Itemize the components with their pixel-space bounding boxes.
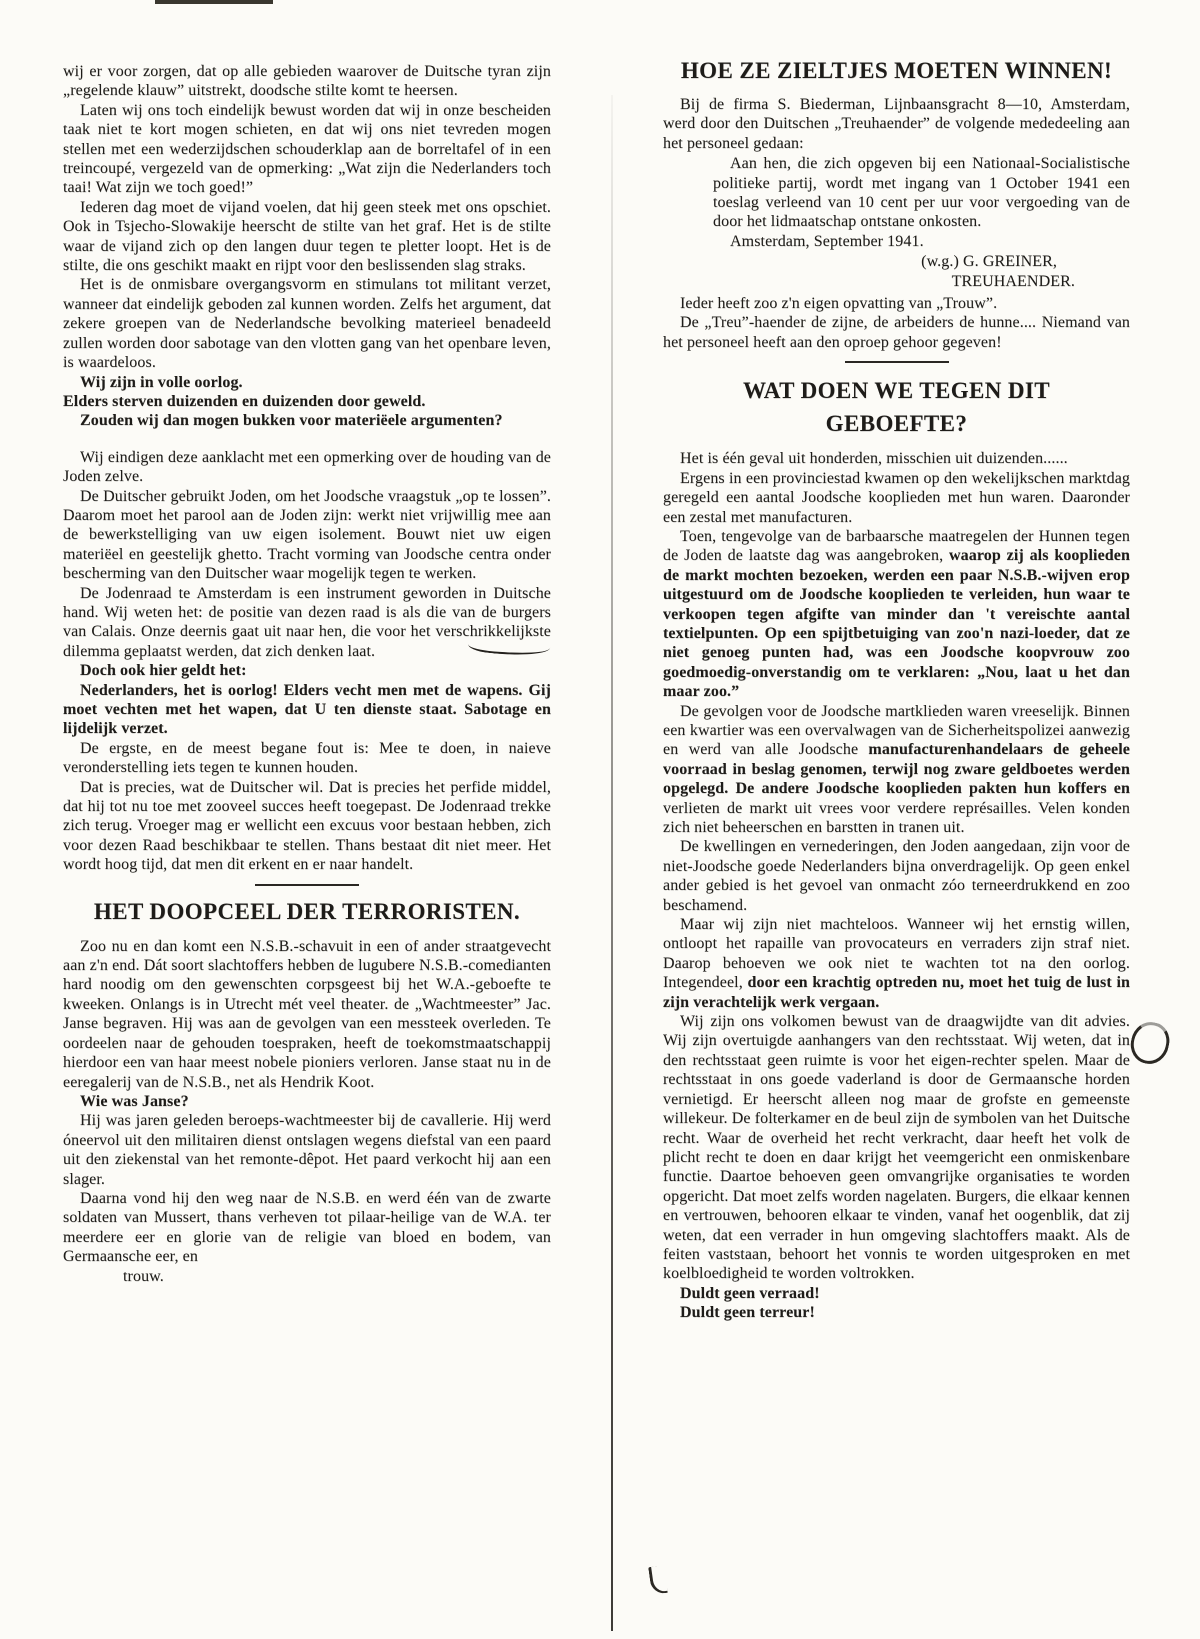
paragraph: Laten wij ons toch eindelijk bewust word… [63, 101, 551, 198]
paragraph: Maar wij zijn niet machteloos. Wanneer w… [663, 915, 1130, 1012]
slogan-line: Zouden wij dan mogen bukken voor materië… [63, 411, 551, 430]
article-zieltjes: HOE ZE ZIELTJES MOETEN WINNEN! Bij de fi… [663, 56, 1130, 352]
slogan-line: Doch ook hier geldt het: [63, 661, 551, 680]
paragraph: Hij was jaren geleden beroeps-wachtmeest… [63, 1111, 551, 1189]
article-title: HOE ZE ZIELTJES MOETEN WINNEN! [663, 56, 1130, 86]
slogan-line: Elders sterven duizenden en duizenden do… [63, 392, 551, 411]
paragraph: Het is één geval uit honderden, misschie… [663, 449, 1130, 468]
paragraph: De ergste, en de meest begane fout is: M… [63, 739, 551, 778]
quoted-announcement: Aan hen, die zich opgeven bij een Nation… [713, 154, 1130, 251]
masthead-rule-remnant [155, 0, 273, 4]
article-doopceel: HET DOOPCEEL DER TERRORISTEN. Zoo nu en … [63, 897, 551, 1286]
paragraph: Ieder heeft zoo z'n eigen opvatting van … [663, 294, 1130, 313]
section-divider-rule [845, 361, 949, 363]
slogan-line: Duldt geen terreur! [663, 1303, 1130, 1322]
article-title: HET DOOPCEEL DER TERRORISTEN. [63, 897, 551, 927]
paragraph: Iederen dag moet de vijand voelen, dat h… [63, 198, 551, 276]
article-continuation-stilte: wij er voor zorgen, dat op alle gebieden… [63, 62, 551, 875]
paragraph: Zoo nu en dan komt een N.S.B.-schavuit i… [63, 937, 551, 1092]
paragraph: Het is de onmisbare overgangsvorm en sti… [63, 275, 551, 372]
quote-paragraph: Aan hen, die zich opgeven bij een Nation… [713, 154, 1130, 232]
section-divider-rule [255, 884, 359, 886]
paragraph: Wij eindigen deze aanklacht met een opme… [63, 448, 551, 487]
right-column: HOE ZE ZIELTJES MOETEN WINNEN! Bij de fi… [663, 56, 1130, 1323]
paragraph: Wij zijn ons volkomen bewust van de draa… [663, 1012, 1130, 1284]
ink-circle-artifact [1127, 1019, 1173, 1068]
signature-block: (w.g.) G. GREINER, TREUHAENDER. [663, 252, 1130, 291]
ink-swash-artifact [648, 1565, 668, 1595]
signature-title: TREUHAENDER. [663, 272, 1075, 291]
paragraph: Dat is precies, wat de Duitscher wil. Da… [63, 778, 551, 875]
paragraph-last-word: trouw. [63, 1267, 551, 1286]
article-geboefte: WAT DOEN WE TEGEN DIT GEBOEFTE? Het is é… [663, 374, 1130, 1322]
paragraph: De Duitscher gebruikt Joden, om het Jood… [63, 487, 551, 584]
paragraph: De kwellingen en vernederingen, den Jode… [663, 837, 1130, 915]
quote-dateline: Amsterdam, September 1941. [713, 232, 1130, 251]
text-run-bold: waarop zij als kooplieden de markt mocht… [663, 547, 1130, 700]
paragraph: De „Treu”-haender de zijne, de arbeiders… [663, 313, 1130, 352]
paragraph: Ergens in een provinciestad kwamen op de… [663, 469, 1130, 527]
column-divider-line [611, 95, 613, 1631]
slogan-line: Duldt geen verraad! [663, 1284, 1130, 1303]
slogan-line: Wij zijn in volle oorlog. [63, 373, 551, 392]
article-title: WAT DOEN WE TEGEN DIT GEBOEFTE? [663, 374, 1130, 440]
paragraph: Bij de firma S. Biederman, Lijnbaansgrac… [663, 95, 1130, 153]
newspaper-scan-page: wij er voor zorgen, dat op alle gebieden… [0, 0, 1200, 1639]
slogan-paragraph: Nederlanders, het is oorlog! Elders vech… [63, 681, 551, 739]
paragraph: Daarna vond hij den weg naar de N.S.B. e… [63, 1189, 551, 1267]
paragraph: wij er voor zorgen, dat op alle gebieden… [63, 62, 551, 101]
signature-name: (w.g.) G. GREINER, [663, 252, 1075, 271]
text-run: verlieten de markt uit vrees voor verder… [663, 800, 1130, 836]
paragraph: Toen, tengevolge van de barbaarsche maat… [663, 527, 1130, 702]
paragraph: De gevolgen voor de Joodsche martklieden… [663, 702, 1130, 838]
left-column: wij er voor zorgen, dat op alle gebieden… [63, 62, 551, 1286]
subhead-question: Wie was Janse? [63, 1092, 551, 1111]
